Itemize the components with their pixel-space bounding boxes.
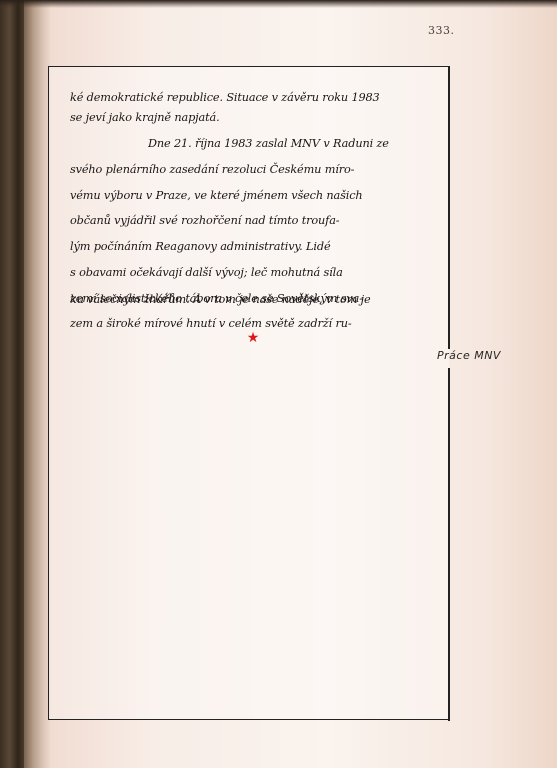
- page-gutter-shadow: [24, 0, 50, 768]
- frame-right-border-lower: [448, 368, 450, 721]
- text-line: lým počínáním Reaganovy administrativy. …: [70, 236, 440, 258]
- text-line: se jeví jako krajně napjatá.: [70, 107, 440, 129]
- page-number: 333.: [428, 24, 455, 37]
- red-star-icon: ★: [246, 331, 260, 345]
- paragraph-start-line: Dne 21. října 1983 zaslal MNV v Raduni z…: [148, 133, 440, 155]
- margin-note: Práce MNV: [437, 349, 501, 362]
- text-line: ku válečným žhářům. A v tom je naše nadě…: [70, 289, 440, 311]
- top-edge-shadow: [0, 0, 557, 8]
- book-binding: [0, 0, 24, 768]
- text-line: s obavami očekávají další vývoj; leč moh…: [70, 262, 440, 284]
- text-line: ké demokratické republice. Situace v záv…: [70, 87, 440, 109]
- text-line: svého plenárního zasedání rezoluci České…: [70, 159, 440, 181]
- frame-right-border-upper: [448, 66, 450, 349]
- text-line: vému výboru v Praze, ve které jménem vše…: [70, 185, 440, 207]
- text-line: občanů vyjádřil své rozhořčení nad tímto…: [70, 210, 440, 232]
